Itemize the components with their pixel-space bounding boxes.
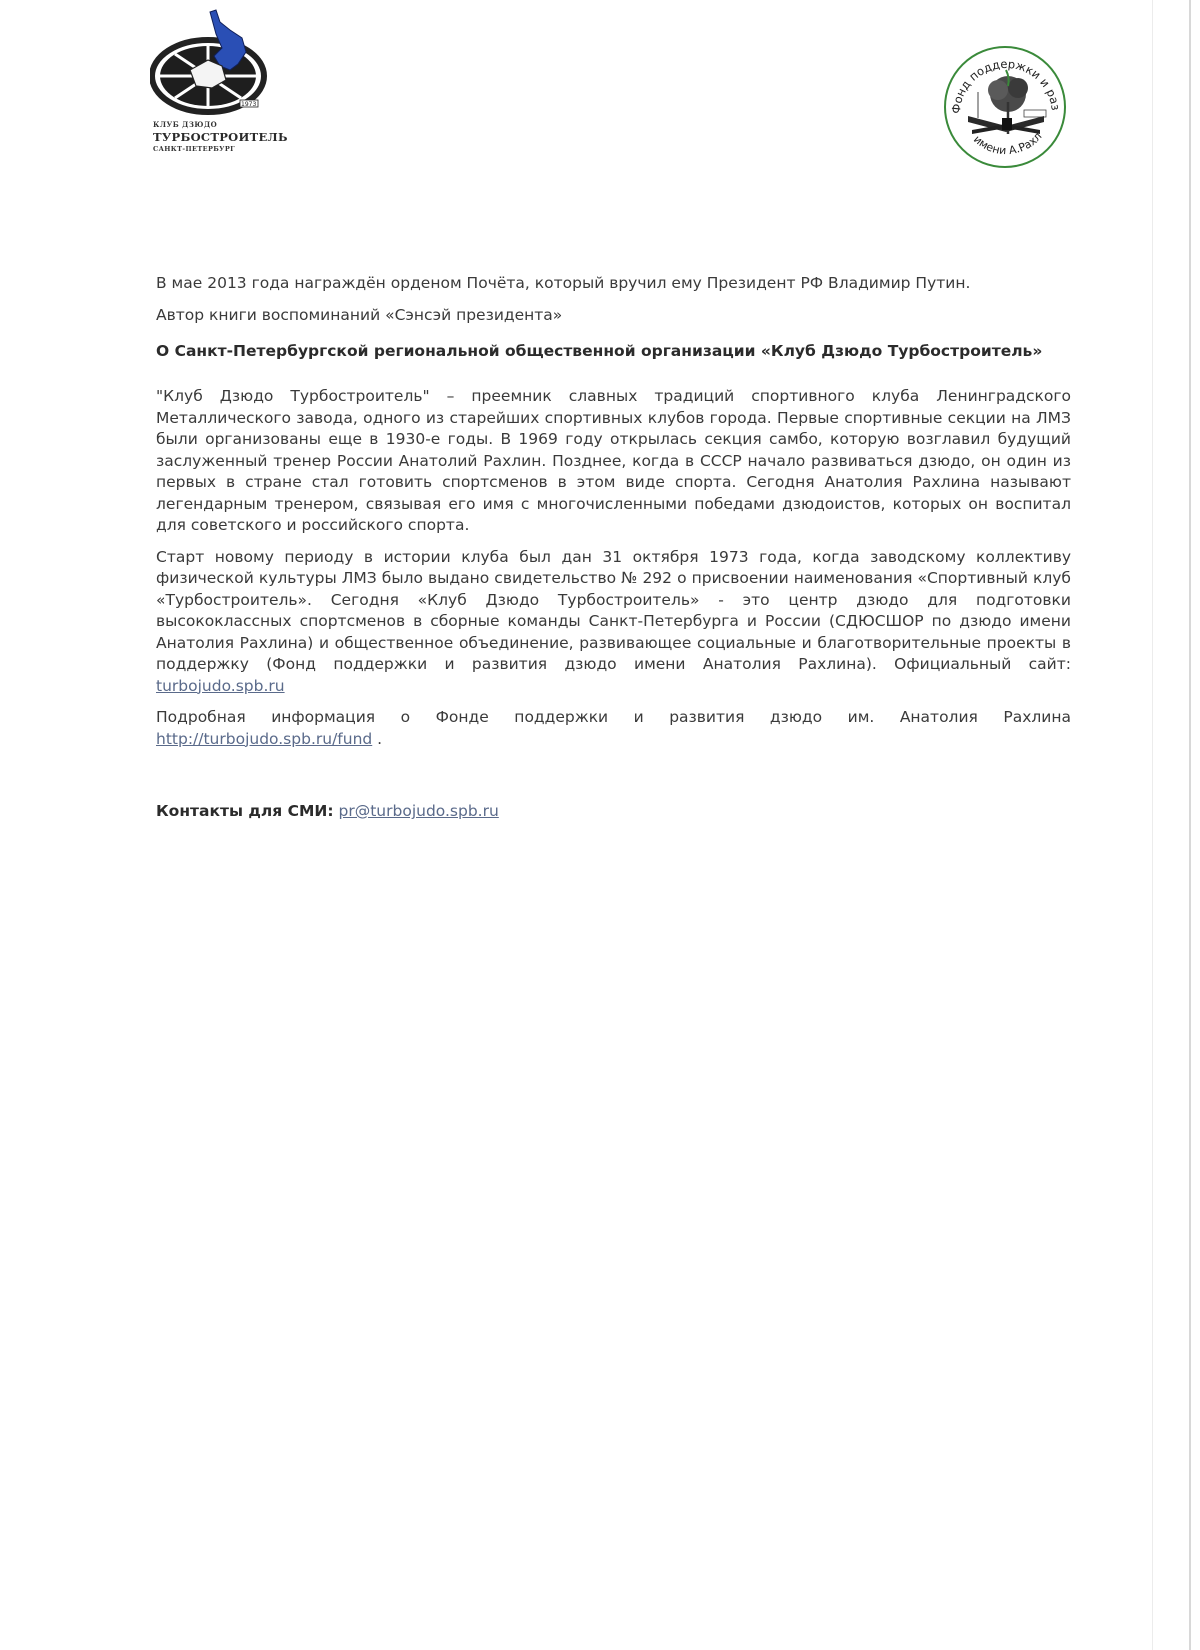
document-body: В мае 2013 года награждён орденом Почёта… bbox=[156, 272, 1071, 822]
award-line: В мае 2013 года награждён орденом Почёта… bbox=[156, 272, 1071, 294]
history-paragraph: "Клуб Дзюдо Турбостроитель" – преемник с… bbox=[156, 386, 1071, 537]
fund-paragraph-text: Подробная информация о Фонде поддержки и… bbox=[156, 708, 1071, 726]
page-edge-shadow bbox=[1189, 0, 1191, 1650]
media-contacts: Контакты для СМИ: pr@turbojudo.spb.ru bbox=[156, 800, 1071, 822]
official-site-link[interactable]: turbojudo.spb.ru bbox=[156, 677, 285, 695]
section-heading: О Санкт-Петербургской региональной общес… bbox=[156, 340, 1071, 362]
start-paragraph-text: Старт новому периоду в истории клуба был… bbox=[156, 548, 1071, 674]
book-line: Автор книги воспоминаний «Сэнсэй президе… bbox=[156, 304, 1071, 326]
svg-text:1973: 1973 bbox=[241, 101, 256, 108]
contacts-email-link[interactable]: pr@turbojudo.spb.ru bbox=[339, 802, 499, 820]
club-name-main: ТУРБОСТРОИТЕЛЬ bbox=[153, 130, 288, 144]
contacts-label: Контакты для СМИ: bbox=[156, 802, 334, 820]
start-paragraph: Старт новому периоду в истории клуба был… bbox=[156, 547, 1071, 698]
club-name-small: КЛУБ ДЗЮДО bbox=[153, 120, 217, 129]
fund-paragraph: Подробная информация о Фонде поддержки и… bbox=[156, 707, 1071, 750]
fund-paragraph-tail: . bbox=[372, 730, 382, 748]
fund-seal-tree-icon: Фонд поддержки и развития дзюдо имени А.… bbox=[940, 42, 1070, 172]
club-logo: 1973 КЛУБ ДЗЮДО ТУРБОСТРОИТЕЛЬ САНКТ-ПЕТ… bbox=[148, 8, 288, 158]
fund-link[interactable]: http://turbojudo.spb.ru/fund bbox=[156, 730, 372, 748]
fund-seal-logo: Фонд поддержки и развития дзюдо имени А.… bbox=[940, 42, 1070, 172]
judo-club-emblem-icon: 1973 bbox=[150, 8, 270, 116]
page-edge-line bbox=[1152, 0, 1153, 1650]
club-city: САНКТ-ПЕТЕРБУРГ bbox=[153, 145, 235, 153]
